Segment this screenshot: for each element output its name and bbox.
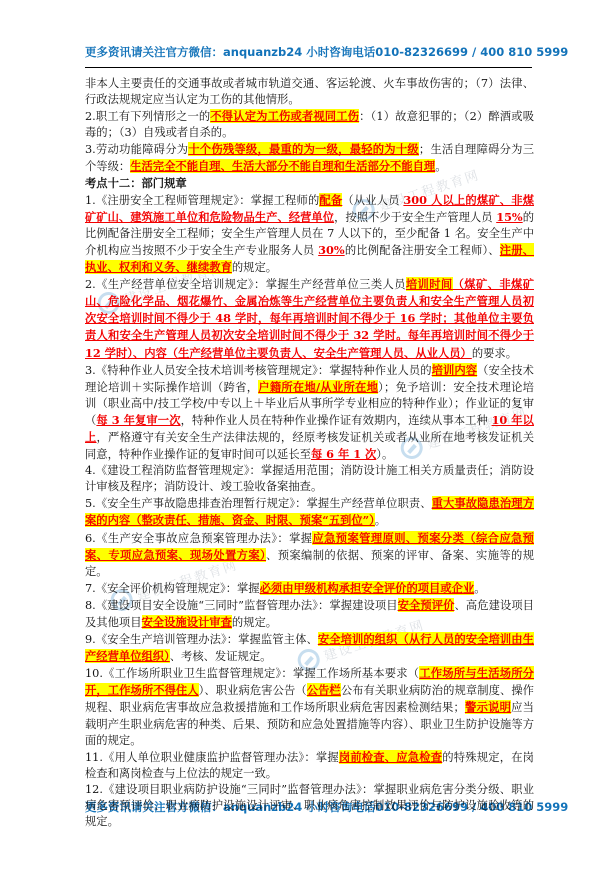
para-rule-8: 8.《建设项目安全设施“三同时”监督管理办法》：掌握建设项目安全预评价、高危建设… [85,597,534,631]
text-run: 培训时间 [406,277,453,291]
para-rule-11: 11.《用人单位职业健康监护监督管理办法》：掌握岗前检查、应急检查的特殊规定，在… [85,749,534,782]
text-run: 10.《工作场所职业卫生监督管理规定》：掌握工作场所基本要求（ [85,667,419,680]
text-run: 考点十二：部门规章 [85,177,187,190]
text-run: （从业人员 [342,194,403,207]
text-run: 警示说明 [465,700,511,714]
text-run: 1.《注册安全工程师管理规定》：掌握工程师的 [85,194,319,207]
para-rule-7: 7.《安全评价机构管理规定》：掌握必须由甲级机构承担安全评价的项目或企业。 [85,580,534,597]
text-run: 。 [375,514,386,527]
text-run: 的规定。 [232,616,277,629]
text-run: 11.《用人单位职业健康监护监督管理办法》：掌握 [85,751,339,764]
text-run: 安全设施设计审查 [142,615,232,629]
para-rule-2: 2.《生产经营单位安全培训规定》：掌握生产经营单位三类人员培训时间（煤矿、非煤矿… [85,276,534,361]
para-rule-10: 10.《工作场所职业卫生监督管理规定》：掌握工作场所基本要求（工作场所与生活场所… [85,665,534,748]
text-run: ）。 [376,448,393,461]
text-run: 十个伤残等级，最重的为一级，最轻的为十级 [188,142,419,156]
document-page: 更多资讯请关注官方微信：anquanzb 24 小时咨询电话010-823266… [0,0,616,875]
text-run: 9.《安全生产培训管理办法》：掌握监管主体、 [85,633,318,646]
text-run: 30% [318,243,344,257]
text-run: 生活完全不能自理、生活大部分不能自理和生活部分不能自理 [130,159,435,173]
text-run: 。 [435,160,446,173]
text-run: 5.《安全生产事故隐患排查治理暂行规定》：掌握生产经营单位职责、 [85,497,432,510]
text-run: 不得认定为工伤或者视同工伤 [210,109,359,123]
para-rule-1: 1.《注册安全工程师管理规定》：掌握工程师的配备（从业人员 300 人以上的煤矿… [85,192,534,276]
text-run: 每 6 年 1 次 [311,447,376,461]
text-run: 的比例配备注册安全工程师）、 [345,244,500,257]
header-divider [85,67,532,68]
text-run: ）、职业病危害公告（ [199,684,307,697]
text-run: ，按照不少于安全生产管理人员 [334,211,496,224]
text-run: 2.职工有下列情形之一的 [85,110,210,123]
page-header: 更多资讯请关注官方微信：anquanzb 24 小时咨询电话010-823266… [85,44,532,60]
text-run: ，严格遵守有关安全生产法律法规的，经原考核发证机关或者从业所在地考核发证机关同意… [85,431,534,461]
para-rule-3: 3.《特种作业人员安全技术培训考核管理规定》：掌握特种作业人员的培训内容（安全技… [85,362,534,464]
text-run: 2.《生产经营单位安全培训规定》：掌握生产经营单位三类人员 [85,278,406,291]
text-run: 6.《生产安全事故应急预案管理办法》：掌握 [85,532,312,545]
text-run: 8.《建设项目安全设施“三同时”监督管理办法》：掌握建设项目 [85,599,398,612]
para-disability-grades: 3.劳动功能障碍分为十个伤残等级，最重的为一级，最轻的为十级；生活自理障碍分为三… [85,141,534,175]
text-run: 7.《安全评价机构管理规定》：掌握 [85,582,260,595]
para-rule-9: 9.《安全生产培训管理办法》：掌握监管主体、安全培训的组织（从行人员的安全培训由… [85,631,534,665]
text-run: 公告栏 [307,683,341,697]
text-run: 培训内容 [432,363,478,377]
text-run: ，特种作业人员在特种作业操作证有效期内，连续从事本工种 [181,414,492,427]
para-injury-cases: 非本人主要责任的交通事故或者城市轨道交通、客运轮渡、火车事故伤害的；（7）法律、… [85,76,534,108]
para-rule-4: 4.《建设工程消防监督管理规定》：掌握适用范围；消防设计施工相关方质量责任；消防… [85,463,534,495]
header-wechat-label: 更多资讯请关注官方微信：anquanzb [85,44,286,60]
text-run: 的规定。 [232,261,277,274]
text-run: 配备 [319,193,342,207]
para-rule-6: 6.《生产安全事故应急预案管理办法》：掌握应急预案管理原则、预案分类（综合应急预… [85,530,534,580]
para-rule-12: 12.《建设项目职业病防护设施“三同时”监督管理办法》：掌握职业病危害分类分级、… [85,782,534,830]
document-body: 非本人主要责任的交通事故或者城市轨道交通、客运轮渡、火车事故伤害的；（7）法律、… [85,76,534,830]
text-run: 。 [474,582,485,595]
header-phone-label: 24 小时咨询电话010-82326699 / 400 810 5999 [286,44,568,60]
text-run: 的要求。 [472,347,517,360]
text-run: 3.劳动功能障碍分为 [85,143,188,156]
text-run: 户籍所在地/从业所在地 [258,380,378,394]
text-run: 4.《建设工程消防监督管理规定》：掌握适用范围；消防设计施工相关方质量责任；消防… [85,464,534,493]
text-run: 非本人主要责任的交通事故或者城市轨道交通、客运轮渡、火车事故伤害的；（7）法律、… [85,77,534,106]
text-run: 每 3 年复审一次 [96,413,180,427]
text-run: 岗前检查、应急检查 [339,750,442,764]
para-not-work-injury: 2.职工有下列情形之一的不得认定为工伤或者视同工伤：（1）故意犯罪的；（2）醉酒… [85,108,534,141]
para-rule-5: 5.《安全生产事故隐患排查治理暂行规定》：掌握生产经营单位职责、重大事故隐患治理… [85,495,534,529]
para-section-heading: 考点十二：部门规章 [85,176,534,192]
text-run: 、考核、发证规定。 [170,650,272,663]
text-run: 3.《特种作业人员安全技术培训考核管理规定》：掌握特种作业人员的 [85,364,432,377]
text-run: 15% [496,210,522,224]
text-run: 12.《建设项目职业病防护设施“三同时”监督管理办法》：掌握职业病危害分类分级、… [85,783,534,828]
text-run: 必须由甲级机构承担安全评价的项目或企业 [260,581,475,595]
text-run: 安全预评价 [398,598,455,612]
